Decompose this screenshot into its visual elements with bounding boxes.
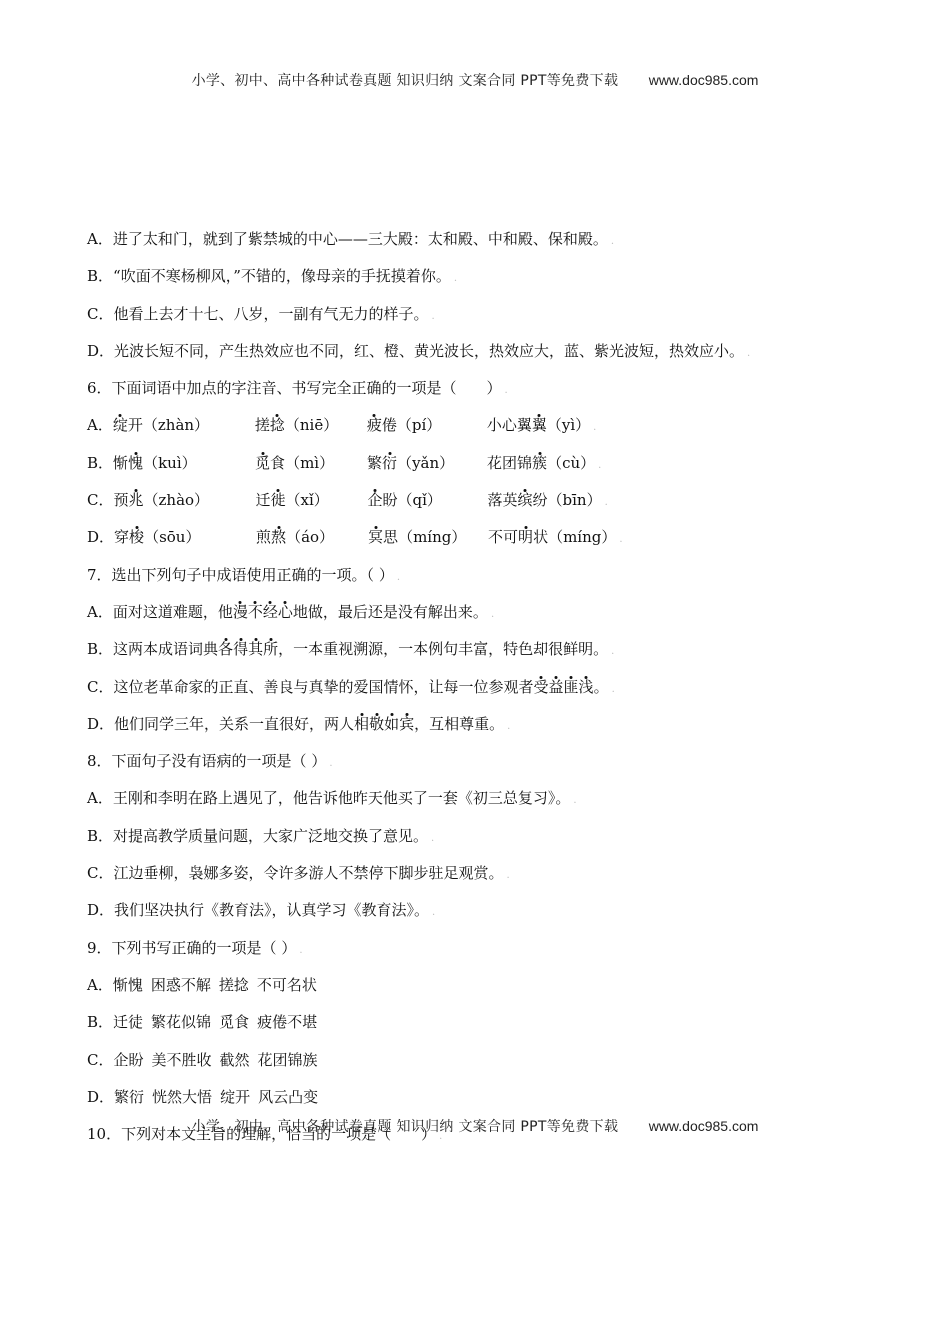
word: 恍然大悟 — [152, 1088, 212, 1106]
word: 惭愧 — [113, 976, 143, 994]
option-label: C． — [87, 1051, 113, 1069]
option-text: 对提高教学质量问题，大家广泛地交换了意见。 — [113, 827, 428, 845]
option-label: C． — [87, 864, 113, 882]
option-label: B． — [87, 267, 113, 285]
word: 企盼 — [113, 1051, 143, 1069]
dotted-char: 匪 — [564, 678, 579, 696]
option-label: B． — [87, 1013, 113, 1031]
word-pre: 惭 — [113, 454, 128, 472]
option-label: D． — [87, 1088, 114, 1106]
word: 繁衍 — [114, 1088, 144, 1106]
q7-stem: 7．选出下列句子中成语使用正确的一项。（ ）. — [87, 557, 867, 594]
option-label: D． — [87, 715, 114, 733]
word-pre: 落英 — [487, 491, 517, 509]
q7-option-b: B．这两本成语词典各得其所，一本重视溯源，一本例句丰富，特色却很鲜明。. — [87, 631, 867, 668]
option-label: C． — [87, 678, 113, 696]
pinyin: （míng） — [398, 528, 466, 546]
question-stem: 8．下面句子没有语病的一项是（ ） — [87, 752, 326, 770]
dotted-char: 经 — [263, 603, 278, 621]
q8-option-b: B．对提高教学质量问题，大家广泛地交换了意见。. — [87, 818, 867, 855]
q6-option-c: C．预兆（zhào）迁徙（xǐ）企盼（qǐ）落英缤纷（bīn）. — [87, 482, 867, 519]
word-item: 花团锦簇（cù） — [487, 445, 595, 482]
dotted-char: 如 — [384, 715, 399, 733]
word-item: 搓捻（niē） — [255, 407, 367, 444]
word-item: 冥思（míng） — [368, 519, 488, 556]
word-item: 穿梭（sōu） — [114, 519, 256, 556]
dotted-char: 得 — [233, 640, 248, 658]
q9-stem: 9．下列书写正确的一项是（ ）. — [87, 930, 867, 967]
dotted-char: 心 — [278, 603, 293, 621]
word-item: 疲倦（pí） — [367, 407, 487, 444]
pinyin: （míng） — [548, 528, 616, 546]
q7-option-a: A．面对这道难题，他漫不经心地做，最后还是没有解出来。. — [87, 594, 867, 631]
word-pre: 小心翼 — [487, 416, 532, 434]
word-pre: 预 — [113, 491, 128, 509]
dotted-char: 衍 — [382, 454, 397, 472]
sentence-pre: 这两本成语词典 — [113, 640, 218, 658]
option-label: B． — [87, 454, 113, 472]
word: 风云凸变 — [258, 1088, 318, 1106]
dotted-char: 企 — [367, 491, 382, 509]
dotted-char: 浅 — [579, 678, 594, 696]
word-post: 纷 — [533, 491, 548, 509]
word: 迁徒 — [113, 1013, 143, 1031]
dotted-char: 翼 — [532, 416, 547, 434]
word: 搓捻 — [219, 976, 249, 994]
dotted-char: 缤 — [518, 491, 533, 509]
q6-option-d: D．穿梭（sōu）煎熬（áo）冥思（míng）不可明状（míng）. — [87, 519, 867, 556]
word: 觅食 — [219, 1013, 249, 1031]
word-item: 小心翼翼（yì） — [487, 407, 590, 444]
pinyin: （áo） — [286, 528, 334, 546]
header-text: 小学、初中、高中各种试卷真题 知识归纳 文案合同 PPT等免费下载 — [192, 73, 619, 89]
word-pre: 煎 — [256, 528, 271, 546]
dotted-char: 熬 — [271, 528, 286, 546]
dotted-char: 其 — [248, 640, 263, 658]
dotted-char: 宾 — [399, 715, 414, 733]
word-item: 惭愧（kuì） — [113, 445, 255, 482]
exam-content: A．进了太和门，就到了紫禁城的中心——三大殿：太和殿、中和殿、保和殿。. B．“… — [87, 221, 867, 1153]
question-stem: 7．选出下列句子中成语使用正确的一项。（ ） — [87, 566, 394, 584]
word: 美不胜收 — [152, 1051, 212, 1069]
pinyin: （zhàn） — [143, 416, 209, 434]
sentence-post: ，一本重视溯源，一本例句丰富，特色却很鲜明。 — [278, 640, 608, 658]
q8-option-c: C．江边垂柳，袅娜多姿，令许多游人不禁停下脚步驻足观赏。. — [87, 855, 867, 892]
q7-option-d: D．他们同学三年，关系一直很好，两人相敬如宾，互相尊重。. — [87, 706, 867, 743]
pinyin: （cù） — [547, 454, 595, 472]
word: 困惑不解 — [151, 976, 211, 994]
q9-option-a: A．惭愧困惑不解搓捻不可名状 — [87, 967, 867, 1004]
word-pre: 花团锦 — [487, 454, 532, 472]
word-post: 开 — [128, 416, 143, 434]
dotted-char: 相 — [354, 715, 369, 733]
word-pre: 不可 — [488, 528, 518, 546]
dotted-char: 簇 — [532, 454, 547, 472]
dotted-char: 捻 — [270, 416, 285, 434]
option-label: B． — [87, 827, 113, 845]
word-pre: 搓 — [255, 416, 270, 434]
word-item: 绽开（zhàn） — [113, 407, 255, 444]
word-item: 觅食（mì） — [255, 445, 367, 482]
word: 不可名状 — [257, 976, 317, 994]
dotted-char: 觅 — [255, 454, 270, 472]
dotted-char: 冥 — [368, 528, 383, 546]
pinyin: （xǐ） — [286, 491, 329, 509]
word-post: 食 — [270, 454, 285, 472]
pinyin: （yì） — [547, 416, 590, 434]
pinyin: （niē） — [285, 416, 338, 434]
option-text: 他看上去才十七、八岁，一副有气无力的样子。 — [113, 305, 428, 323]
option-text: 进了太和门，就到了紫禁城的中心——三大殿：太和殿、中和殿、保和殿。 — [113, 230, 608, 248]
word-item: 繁衍（yǎn） — [367, 445, 487, 482]
q9-option-d: D．繁衍恍然大悟绽开风云凸变 — [87, 1079, 867, 1116]
q5-option-d: D．光波长短不同，产生热效应也不同，红、橙、黄光波长，热效应大，蓝、紫光波短，热… — [87, 333, 867, 370]
word-post: 状 — [533, 528, 548, 546]
word-item: 企盼（qǐ） — [367, 482, 487, 519]
word-pre: 繁 — [367, 454, 382, 472]
word-pre: 迁 — [255, 491, 270, 509]
pinyin: （yǎn） — [397, 454, 454, 472]
q5-option-c: C．他看上去才十七、八岁，一副有气无力的样子。. — [87, 296, 867, 333]
dotted-char: 梭 — [129, 528, 144, 546]
dotted-char: 敬 — [369, 715, 384, 733]
pinyin: （sōu） — [144, 528, 200, 546]
dotted-char: 绽 — [113, 416, 128, 434]
option-label: A． — [87, 789, 113, 807]
pinyin: （qǐ） — [398, 491, 442, 509]
q8-option-d: D．我们坚决执行《教育法》，认真学习《教育法》。. — [87, 892, 867, 929]
option-label: D． — [87, 901, 114, 919]
option-text: 光波长短不同，产生热效应也不同，红、橙、黄光波长，热效应大，蓝、紫光波短，热效应… — [114, 342, 744, 360]
option-text: 王刚和李明在路上遇见了，他告诉他昨天他买了一套《初三总复习》。 — [113, 789, 571, 807]
dotted-char: 疲 — [367, 416, 382, 434]
pinyin: （zhào） — [144, 491, 210, 509]
question-stem: 6．下面词语中加点的字注音、书写完全正确的一项是（ ） — [87, 379, 502, 397]
word-pre: 穿 — [114, 528, 129, 546]
word-item: 迁徙（xǐ） — [255, 482, 367, 519]
dotted-char: 徙 — [271, 491, 286, 509]
footer-url[interactable]: www.doc985.com — [649, 1118, 759, 1134]
word-item: 预兆（zhào） — [113, 482, 255, 519]
q8-stem: 8．下面句子没有语病的一项是（ ）. — [87, 743, 867, 780]
sentence-pre: 这位老革命家的正直、善良与真挚的爱国情怀，让每一位参观者 — [113, 678, 533, 696]
q8-option-a: A．王刚和李明在路上遇见了，他告诉他昨天他买了一套《初三总复习》。. — [87, 780, 867, 817]
q6-stem: 6．下面词语中加点的字注音、书写完全正确的一项是（ ）. — [87, 370, 867, 407]
option-label: C． — [87, 491, 113, 509]
option-label: D． — [87, 528, 114, 546]
option-label: A． — [87, 603, 113, 621]
option-text: 我们坚决执行《教育法》，认真学习《教育法》。 — [114, 901, 429, 919]
page-header: 小学、初中、高中各种试卷真题 知识归纳 文案合同 PPT等免费下载 www.do… — [0, 70, 950, 90]
dotted-char: 明 — [518, 528, 533, 546]
footer-text: 小学、初中、高中各种试卷真题 知识归纳 文案合同 PPT等免费下载 — [192, 1119, 619, 1135]
header-url[interactable]: www.doc985.com — [649, 72, 759, 88]
option-label: A． — [87, 976, 113, 994]
word: 绽开 — [220, 1088, 250, 1106]
pinyin: （mì） — [285, 454, 334, 472]
pinyin: （bīn） — [548, 491, 602, 509]
sentence-pre: 面对这道难题，他 — [113, 603, 233, 621]
page-footer: 小学、初中、高中各种试卷真题 知识归纳 文案合同 PPT等免费下载 www.do… — [0, 1116, 950, 1136]
q9-option-c: C．企盼美不胜收截然花团锦族 — [87, 1042, 867, 1079]
option-label: A． — [87, 416, 113, 434]
dotted-char: 益 — [549, 678, 564, 696]
option-label: D． — [87, 342, 114, 360]
sentence-post: 地做，最后还是没有解出来。 — [293, 603, 488, 621]
word-post: 倦 — [382, 416, 397, 434]
sentence-post: 。 — [594, 678, 609, 696]
word-post: 盼 — [383, 491, 398, 509]
pinyin: （kuì） — [143, 454, 197, 472]
word: 疲倦不堪 — [257, 1013, 317, 1031]
dotted-char: 不 — [248, 603, 263, 621]
sentence-pre: 他们同学三年，关系一直很好，两人 — [114, 715, 354, 733]
q5-option-a: A．进了太和门，就到了紫禁城的中心——三大殿：太和殿、中和殿、保和殿。. — [87, 221, 867, 258]
q5-option-b: B．“吹面不寒杨柳风，”不错的，像母亲的手抚摸着你。. — [87, 258, 867, 295]
dotted-char: 愧 — [128, 454, 143, 472]
question-stem: 9．下列书写正确的一项是（ ） — [87, 939, 296, 957]
option-text: 江边垂柳，袅娜多姿，令许多游人不禁停下脚步驻足观赏。 — [113, 864, 503, 882]
pinyin: （pí） — [397, 416, 441, 434]
word: 截然 — [220, 1051, 250, 1069]
dotted-char: 受 — [534, 678, 549, 696]
dotted-char: 各 — [218, 640, 233, 658]
word-post: 思 — [383, 528, 398, 546]
word-item: 不可明状（míng） — [488, 519, 616, 556]
option-text: “吹面不寒杨柳风，”不错的，像母亲的手抚摸着你。 — [113, 267, 451, 285]
word-item: 落英缤纷（bīn） — [487, 482, 601, 519]
option-label: A． — [87, 230, 113, 248]
word: 繁花似锦 — [151, 1013, 211, 1031]
option-label: B． — [87, 640, 113, 658]
option-label: C． — [87, 305, 113, 323]
q6-option-b: B．惭愧（kuì）觅食（mì）繁衍（yǎn）花团锦簇（cù）. — [87, 445, 867, 482]
word: 花团锦族 — [258, 1051, 318, 1069]
q7-option-c: C．这位老革命家的正直、善良与真挚的爱国情怀，让每一位参观者受益匪浅。. — [87, 669, 867, 706]
q9-option-b: B．迁徒繁花似锦觅食疲倦不堪 — [87, 1004, 867, 1041]
sentence-post: ，互相尊重。 — [414, 715, 504, 733]
dotted-char: 兆 — [129, 491, 144, 509]
q6-option-a: A．绽开（zhàn）搓捻（niē）疲倦（pí）小心翼翼（yì）. — [87, 407, 867, 444]
dotted-char: 所 — [263, 640, 278, 658]
dotted-char: 漫 — [233, 603, 248, 621]
word-item: 煎熬（áo） — [256, 519, 368, 556]
